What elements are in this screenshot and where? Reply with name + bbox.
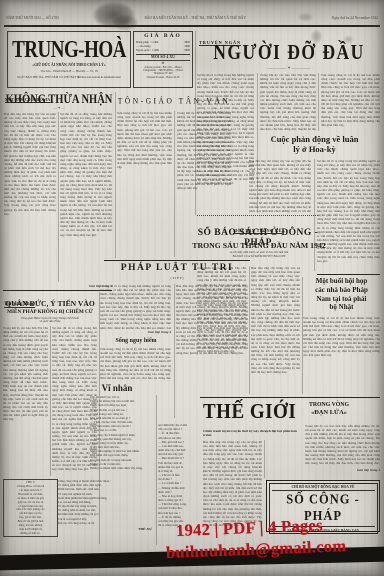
meta-date: Ngày thứ ba 24 Novembre 1942 <box>332 16 378 24</box>
meta-schedule: BÁO RA MỖI TUẦN BA KỲ : THỨ BA, THỨ NĂM … <box>144 16 245 24</box>
phapluat-subhead: Sống nguy hiểm <box>104 338 168 344</box>
column-rule <box>318 73 319 131</box>
column-rule <box>156 395 157 545</box>
left-article-column: Ban đầu ông chỉ trông cậy vào sự giúp đỡ… <box>4 112 56 282</box>
column-rule <box>115 92 116 258</box>
meta-line: NĂM THỨ MƯỜI HAI — SỐ 2783 BÁO RA MỖI TU… <box>6 16 378 24</box>
thegioi-column: Trong khi ấy các báo bên Tây vẫn đăng nh… <box>305 424 380 466</box>
masthead-schedule: XUẤT BẢN THỨ BA, THỨ NĂM VÀ THỨ BẨY ✽ Di… <box>8 75 130 79</box>
phapluat-cont-label: ( T I Ế P ) <box>104 276 250 280</box>
story-ornament: · ————— ✦ ————— · <box>197 65 381 70</box>
story-title: NGƯỜI ĐỠ ĐẦU <box>197 40 381 65</box>
masthead-address: Tòa báo : Thành Phem B — Hà-Nội — VI, 18 <box>8 69 130 73</box>
classified-ad-text: CHÚ Ý «Trung-Hòa» có bán tại các hiệu sá… <box>5 481 56 536</box>
story-column: Tựu trung cũng vì cái lẽ ấy mà bao nhiêu… <box>321 73 380 131</box>
top-rule <box>4 25 380 27</box>
phapluat-column: Tựu trung cũng vì cái lẽ ấy mà bao nhiêu… <box>100 347 171 381</box>
poem-title: Vĩ nhân <box>86 383 148 393</box>
classified-ad-box: CHÚ Ý «Trung-Hòa» có bán tại các hiệu sá… <box>3 479 58 537</box>
left-article-ornament: — ✦ — <box>3 106 115 110</box>
france-column: Trong khi ấy các báo bên Tây vẫn đăng nh… <box>3 326 48 476</box>
meta-issue: NĂM THỨ MƯỜI HAI — SỐ 2783 <box>6 16 59 24</box>
column-rule <box>264 440 265 478</box>
column-rule <box>174 284 175 418</box>
france-title-2: MIỀN PHÁP KHÔNG BỊ CHIẾM CỨ <box>2 309 98 315</box>
price-contacts: Adresse postale : B.P. 216 — Hanoi Télég… <box>136 66 190 79</box>
column-rule <box>58 112 59 282</box>
masthead-title: TRUNG-HOÀ <box>8 36 130 65</box>
tongiao-column: Trong khi ấy các báo bên Tây vẫn đăng nh… <box>177 111 231 257</box>
japan-meeting-title: Một buổi hội họp các nhà báo Pháp Nam tạ… <box>303 277 380 312</box>
thegioi-title: THẾ GIỚI <box>203 400 303 425</box>
price-label: Ngoại-quốc : 1 năm <box>136 48 159 52</box>
thongke-column: Ban đầu ông chỉ trông cậy vào sự giúp đỡ… <box>251 266 300 394</box>
poem-verse: Cũng công cũng sĩ muôn phần khác nhau : … <box>58 479 152 526</box>
price-row: Ngoại-quốc : 1 năm5$00 <box>136 48 190 52</box>
column-rule <box>174 111 175 257</box>
hoaky-column: Sự thể đã rõ ra rằng trong hội những ngư… <box>317 159 380 271</box>
masthead-box: TRUNG-HOÀ «GIỮ ĐỨC ÁI NHÂN, NÓI THEO CHÂ… <box>7 31 131 88</box>
newspaper-scan-page: NĂM THỨ MƯỜI HAI — SỐ 2783 BÁO RA MỖI TU… <box>0 0 384 576</box>
price-per-issue: MỖI SỐ 4 XU <box>136 54 190 61</box>
price-value: 5$00 <box>184 48 190 52</box>
column-rule <box>249 266 250 394</box>
tongiao-column: Tựu trung cũng vì cái lẽ ấy mà bao nhiêu… <box>117 111 172 257</box>
continued-note: Xem tiếp trang 4 <box>100 330 171 334</box>
left-article-title: KHÔNG THỪA NHẬN <box>3 94 115 107</box>
thegioi-side-1: TRONG VÒNG <box>306 402 352 408</box>
section-rule <box>200 397 380 398</box>
left-article-column: Sự thể đã rõ ra rằng trong hội những ngư… <box>60 112 112 282</box>
section-rule <box>317 274 380 275</box>
price-box-title: GIÁ BÁO <box>136 33 190 39</box>
hoaky-column: Ban đầu ông chỉ trông cậy vào sự giúp đỡ… <box>249 159 311 214</box>
thegioi-lead: Chiến tranh tuyên truyền thời kỳ này đã … <box>203 429 302 438</box>
phapluat-title: PHÁP LUẬT TU TRI <box>104 260 250 273</box>
phapluat-column: Sự thể đã rõ ra rằng trong hội những ngư… <box>100 284 171 329</box>
display-ad-top-line: CHỈ BỎ RA MỘT ĐỒNG BẠC HOA VỀ <box>272 485 375 491</box>
tongiao-title: TÔN-GIÁO TÂN-VĂN <box>117 96 231 106</box>
poem-signature: THẾ-NỰ <box>58 527 152 531</box>
source-caption: Source gallica.bnf.fr / Bibliothèque nat… <box>190 569 378 573</box>
story-column: Trong khi ấy các báo bên Tây vẫn đăng nh… <box>260 73 316 131</box>
continued-note: Xem tiếp trang 4 <box>305 468 380 472</box>
thegioi-side-head: TRONG VÒNG «ĐẠN LỬA» <box>306 402 352 416</box>
section-rule <box>3 290 112 291</box>
thegioi-side-2: «ĐẠN LỬA» <box>306 409 352 416</box>
france-byline: Tổng-quát Hitler tuyên bố cùng Thống-chế… <box>4 317 96 324</box>
france-title-1: QUÂN ĐỨC, Ý TIẾN VÀO <box>2 299 98 308</box>
column-rule <box>50 326 51 476</box>
hoaky-title: Cuộc phản động về luân lý ở Hoa-kỳ <box>249 134 380 154</box>
japan-meeting-column: Tựu trung cũng vì cái lẽ ấy mà bao nhiêu… <box>303 316 380 394</box>
poem-verse: Cậy tài vênh váo với ai, Tưởng tài không… <box>90 395 152 477</box>
price-box: GIÁ BÁO Đông-pháp : 1 năm3$00 — sáu thán… <box>133 31 193 88</box>
column-rule <box>302 277 303 394</box>
